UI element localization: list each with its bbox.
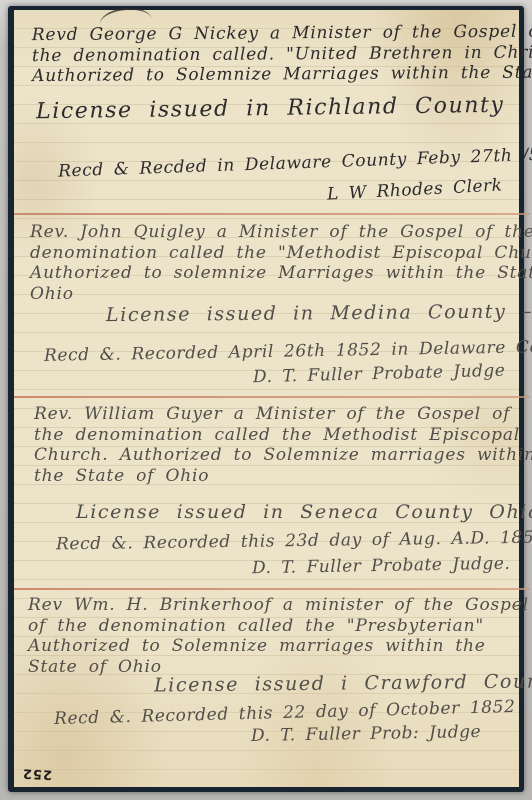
- entry-body-line: the denomination called the Methodist Ep…: [34, 425, 532, 446]
- recorded-line: Recd & Recded in Delaware County Feby 27…: [58, 144, 532, 181]
- entry-separator-line: [14, 588, 530, 590]
- entry-body-line: Revd George G Nickey a Minister of the G…: [32, 21, 532, 46]
- scan-background: Revd George G Nickey a Minister of the G…: [0, 0, 532, 800]
- entry-body-line: Authorized to solemnize Marriages within…: [30, 263, 532, 284]
- license-line: License issued in Medina County – Ohio: [106, 300, 532, 326]
- license-line: License issued in Richland County: [36, 93, 505, 125]
- license-line: License issued in Seneca County Ohio: [76, 501, 532, 523]
- entry-body: Rev. John Quigley a Minister of the Gosp…: [30, 222, 532, 304]
- entry-body: Revd George G Nickey a Minister of the G…: [32, 21, 532, 87]
- entry-body-line: Rev Wm. H. Brinkerhoof a minister of the…: [28, 595, 529, 616]
- entry-body-line: denomination called the "Methodist Episc…: [30, 243, 532, 264]
- recorded-line: Recd &. Recorded this 23d day of Aug. A.…: [56, 528, 532, 555]
- register-page: Revd George G Nickey a Minister of the G…: [8, 6, 524, 792]
- page-number-mark: 252: [22, 765, 53, 782]
- judge-signature: D. T. Fuller Prob: Judge: [251, 722, 481, 746]
- entry-body-line: Rev. William Guyer a Minister of the Gos…: [34, 404, 532, 425]
- entry-body: Rev. William Guyer a Minister of the Gos…: [34, 404, 532, 486]
- entry-body-line: of the denomination called the "Presbyte…: [28, 616, 529, 637]
- entry-body-line: the State of Ohio: [34, 466, 532, 487]
- judge-signature: D. T. Fuller Probate Judge.: [252, 554, 511, 579]
- entry-body-line: Rev. John Quigley a Minister of the Gosp…: [30, 222, 532, 243]
- entry-body-line: Authorized to Solemnize Marriages within…: [32, 62, 532, 87]
- entry-body: Rev Wm. H. Brinkerhoof a minister of the…: [28, 595, 529, 677]
- entry-separator-line: [14, 396, 530, 398]
- license-line: License issued i Crawford County Ohio: [154, 670, 532, 697]
- entry-body-line: Authorized to Solemnize marriages within…: [28, 636, 529, 657]
- entry-separator-line: [14, 213, 530, 215]
- judge-signature: D. T. Fuller Probate Judge: [252, 361, 505, 388]
- clerk-signature: L W Rhodes Clerk: [327, 175, 503, 204]
- entry-body-line: Church. Authorized to Solemnize marriage…: [34, 445, 532, 466]
